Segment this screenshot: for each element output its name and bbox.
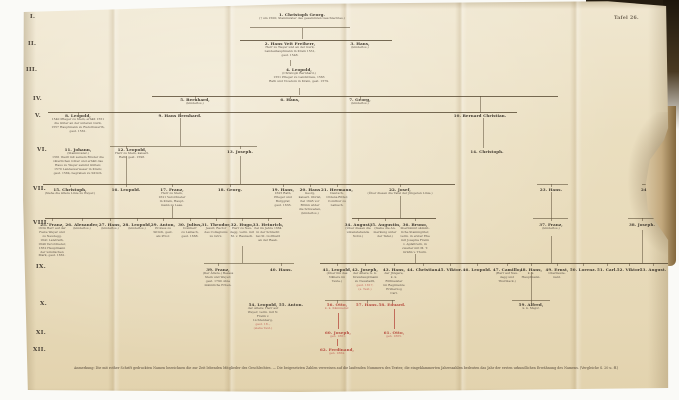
person-name: 22. Josef, bbox=[389, 187, 411, 192]
person-name: 26. Alexander, bbox=[65, 222, 98, 227]
person-name: 27. Hans, bbox=[99, 222, 121, 227]
generation-label: XI. bbox=[36, 330, 46, 336]
generation-label: X. bbox=[40, 301, 47, 307]
connector-line-vertical bbox=[242, 246, 243, 263]
connector-line-vertical bbox=[218, 263, 219, 266]
connector-line-vertical bbox=[338, 313, 339, 329]
person-entry: 10. Bernard Christian. bbox=[443, 113, 517, 118]
person-entry: 55. Anton. bbox=[279, 302, 303, 307]
connector-line-vertical bbox=[531, 272, 532, 300]
person-detail: (kinderlos.) bbox=[336, 102, 384, 106]
person-detail: Texte.) bbox=[325, 280, 349, 284]
person-detail: (s. Text.) bbox=[353, 288, 377, 292]
connector-line-vertical bbox=[337, 263, 338, 266]
person-detail: der Tafel.) bbox=[372, 235, 398, 239]
person-entry: 21. Hermann,Deutsch-Ordens-Ritter,Comthu… bbox=[324, 187, 350, 208]
person-entry: 17. Franz,Herr zu Stein,1621 Verordneter… bbox=[155, 187, 189, 208]
person-name: 37. Franz, bbox=[539, 222, 562, 227]
person-name: 61. Otto, bbox=[384, 330, 405, 335]
person-detail: (kinderlos.) bbox=[340, 46, 380, 50]
connector-line-vertical bbox=[642, 230, 643, 263]
connector-line-vertical bbox=[180, 112, 181, 115]
generation-label: IX. bbox=[36, 264, 46, 270]
person-name: 47. Camillo, bbox=[493, 267, 521, 272]
connector-line-vertical bbox=[415, 254, 416, 263]
connector-line-horizontal bbox=[352, 218, 436, 219]
connector-line-vertical bbox=[240, 156, 241, 184]
person-name: 33. Heinrich, bbox=[253, 222, 284, 227]
connector-line-vertical bbox=[551, 236, 552, 263]
person-detail: Laibach. bbox=[324, 204, 350, 208]
connector-line-vertical bbox=[477, 263, 478, 266]
person-name: 34. August, bbox=[345, 222, 372, 227]
connector-line-vertical bbox=[480, 96, 481, 112]
connector-line-vertical bbox=[392, 300, 393, 303]
connector-line-vertical bbox=[394, 263, 395, 266]
person-name: 45. Viktor. bbox=[438, 267, 462, 272]
person-entry: 40. Hans. bbox=[266, 267, 296, 272]
person-detail: Erzherzog Carl. bbox=[382, 288, 406, 296]
connector-line-vertical bbox=[583, 263, 584, 266]
person-entry: 18. Georg. bbox=[212, 187, 248, 192]
connector-line-vertical bbox=[423, 263, 424, 266]
person-entry: 38. Joseph. bbox=[624, 222, 660, 227]
connector-line-vertical bbox=[283, 184, 284, 187]
person-detail: († um 1500; Stammvater des gesammten Ges… bbox=[252, 17, 352, 21]
person-entry: 25. Franz,1634 Herr auf derFeste Weyer u… bbox=[37, 222, 67, 258]
person-name: 11. Johann, bbox=[65, 147, 92, 152]
connector-line-vertical bbox=[268, 218, 269, 221]
connector-line-vertical bbox=[483, 118, 484, 148]
person-entry: 32. Hugo,Herr zu Neu-degg, verm. mitM. v… bbox=[229, 222, 255, 239]
person-name: 1. Christoph Georg. bbox=[279, 12, 325, 17]
person-name: 55. Anton. bbox=[279, 302, 303, 307]
connector-line-horizontal bbox=[48, 112, 517, 113]
connector-line-vertical bbox=[385, 218, 386, 221]
generation-label: III. bbox=[26, 67, 37, 73]
connector-line-vertical bbox=[126, 146, 127, 149]
connector-line-vertical bbox=[653, 263, 654, 266]
person-entry: 29. Anton,Profess zuSittich, gest.als Pr… bbox=[150, 222, 176, 239]
generation-label: XII. bbox=[33, 347, 46, 353]
person-entry: 53. August. bbox=[641, 267, 665, 272]
person-name: 46. Leopold. bbox=[463, 267, 492, 272]
person-detail: Rath und Vicedom in Krain, gest. 1579. bbox=[258, 80, 340, 84]
person-detail: gest. 1668. bbox=[177, 235, 203, 239]
person-name: 10. Bernard Christian. bbox=[454, 113, 507, 118]
connector-line-vertical bbox=[557, 263, 558, 266]
connector-line-vertical bbox=[70, 184, 71, 187]
person-name: 43. Hans, bbox=[383, 267, 405, 272]
person-name: 50. Lorenz. bbox=[570, 267, 596, 272]
person-name: 13. Joseph. bbox=[227, 149, 253, 154]
person-entry: 61. Otto,geb. 1865. bbox=[380, 330, 408, 339]
person-detail: geb. 1865. bbox=[380, 335, 408, 339]
person-entry: 54. Leopold,der Ältere; Herr aufWeyer; v… bbox=[247, 302, 279, 331]
person-name: 17. Franz, bbox=[160, 187, 183, 192]
person-name: 16. Leopold. bbox=[112, 187, 141, 192]
connector-line-vertical bbox=[310, 184, 311, 187]
connector-line-vertical bbox=[337, 184, 338, 187]
connector-line-vertical bbox=[337, 300, 338, 303]
person-name: 38. Joseph. bbox=[629, 222, 655, 227]
person-name: 12. Leopold, bbox=[118, 147, 147, 152]
connector-line-vertical bbox=[240, 146, 241, 149]
person-entry: 56. Otto,k. k. Kämmerer. bbox=[324, 302, 350, 311]
person-detail: männliche Erben. bbox=[200, 284, 236, 288]
person-name: 21. Hermann, bbox=[321, 187, 353, 192]
tree-layer: I.1. Christoph Georg.(† um 1500; Stammva… bbox=[0, 0, 679, 400]
connector-line-vertical bbox=[137, 218, 138, 221]
generation-label: II. bbox=[28, 41, 36, 47]
connector-line-vertical bbox=[126, 156, 127, 184]
person-entry: 47. Camillo,(Herr auf Neu-degg undThurnl… bbox=[494, 267, 520, 284]
connector-line-vertical bbox=[172, 184, 173, 187]
person-entry: 51. Carl. bbox=[596, 267, 618, 272]
person-entry: 11. Johann,(Stammvater.)1561 theilt mit … bbox=[47, 147, 109, 176]
person-detail: gest. 1584, begraben zu Sittich. bbox=[47, 172, 109, 176]
connector-line-vertical bbox=[82, 218, 83, 221]
person-entry: 46. Leopold. bbox=[465, 267, 489, 272]
connector-line-vertical bbox=[607, 263, 608, 266]
generation-label: I. bbox=[30, 14, 35, 20]
person-name: 29. Anton, bbox=[151, 222, 175, 227]
person-entry: 43. Hans,der Jüngere,k. k. Rittmeisterim… bbox=[382, 267, 406, 296]
person-name: 2. Hans Veit Freiherr, bbox=[265, 41, 315, 46]
person-entry: 12. Leopold,Herr zu Stein, kaiserl.Rath;… bbox=[109, 147, 155, 160]
person-name: 18. Georg. bbox=[218, 187, 242, 192]
person-entry: 60. Joseph,geb. 1861. bbox=[324, 330, 352, 339]
person-entry: 3. Hans,(kinderlos.) bbox=[340, 41, 380, 50]
connector-line-vertical bbox=[172, 206, 173, 218]
connector-line-vertical bbox=[394, 309, 395, 329]
connector-line-vertical bbox=[290, 96, 291, 99]
connector-line-vertical bbox=[126, 184, 127, 187]
person-detail: nant. bbox=[545, 276, 569, 280]
person-entry: 50. Lorenz. bbox=[571, 267, 595, 272]
person-detail: gest. 1633. bbox=[270, 204, 296, 208]
person-name: 19. Hans, bbox=[272, 187, 294, 192]
person-entry: 8. Leopold,1540 Pfleger zu Stein, erhält… bbox=[45, 113, 111, 134]
generation-label: VI. bbox=[37, 147, 47, 153]
person-name: 4. Leopold, bbox=[286, 67, 312, 72]
person-entry: 22. Josef,(Über diesen die Tafel der jün… bbox=[364, 187, 436, 196]
connector-line-horizontal bbox=[320, 263, 510, 264]
person-entry: 37. Franz,(kinderlos.) bbox=[533, 222, 569, 231]
person-entry: 19. Hans,1625 Rath,Pfleger undBurggraf,g… bbox=[270, 187, 296, 208]
connector-line-vertical bbox=[415, 218, 416, 221]
generation-label: V. bbox=[35, 113, 41, 119]
person-detail: (kinderlos.) bbox=[97, 227, 123, 231]
person-detail: (kinderlos.) bbox=[297, 212, 323, 216]
person-name: 53. August. bbox=[640, 267, 667, 272]
connector-line-vertical bbox=[400, 184, 401, 187]
person-name: 41. Leopold, bbox=[323, 267, 352, 272]
person-detail: M. v. Raunach. bbox=[229, 235, 255, 239]
person-name: 35. Augustin, bbox=[369, 222, 400, 227]
person-entry: 39. Franz,(Der Ältere.) BesassStein und … bbox=[200, 267, 236, 288]
person-detail: Mark, gest. 1661. bbox=[37, 254, 67, 258]
person-detail: (siehe Text.) bbox=[247, 327, 279, 331]
connector-line-vertical bbox=[281, 263, 282, 266]
person-entry: 31. Theodor,Jesuit; Rectordes Collegiums… bbox=[203, 222, 229, 239]
person-detail: geb. 1884. bbox=[320, 352, 354, 356]
person-entry: 36. Bruno,übernimmt sämmt-liche Stammgüt… bbox=[399, 222, 431, 254]
person-name: 51. Carl. bbox=[597, 267, 617, 272]
connector-line-vertical bbox=[78, 112, 79, 115]
connector-line-vertical bbox=[216, 218, 217, 221]
connector-line-horizontal bbox=[325, 300, 395, 301]
person-detail: gest. 1561. bbox=[45, 130, 111, 134]
person-entry: 34. August,(Über diesen dieuntenstehende… bbox=[345, 222, 371, 239]
connector-line-vertical bbox=[52, 218, 53, 221]
person-entry: 1. Christoph Georg.(† um 1500; Stammvate… bbox=[252, 12, 352, 21]
person-entry: 28. Leopold,(kinderlos.) bbox=[124, 222, 150, 231]
person-name: 40. Hans. bbox=[270, 267, 292, 272]
connector-line-vertical bbox=[195, 96, 196, 99]
connector-line-vertical bbox=[551, 184, 552, 187]
person-entry: 15. Christoph,(Siehe die ältere Linie zu… bbox=[26, 187, 114, 196]
person-entry: 26. Alexander,(kinderlos.) bbox=[69, 222, 95, 231]
person-detail: (kinderlos.) bbox=[533, 227, 569, 231]
person-entry: 13. Joseph. bbox=[218, 149, 262, 154]
connector-line-horizontal bbox=[240, 40, 392, 41]
connector-line-horizontal bbox=[537, 184, 568, 185]
person-entry: 33. Heinrich,fiel im Jahre 1664in der Sc… bbox=[254, 222, 282, 243]
connector-line-vertical bbox=[337, 339, 338, 346]
connector-line-vertical bbox=[110, 218, 111, 221]
person-name: 49. Ernst, bbox=[546, 267, 569, 272]
person-detail: Notiz.) bbox=[345, 235, 371, 239]
connector-line-vertical bbox=[551, 192, 552, 218]
person-name: 20. Hans bbox=[300, 187, 321, 192]
person-entry: 42. Joseph,der Ältere; k. k.Kreishauptma… bbox=[353, 267, 377, 292]
person-entry: 20. HansGeorg,kaiserl. Obrist,fiel 1645 … bbox=[297, 187, 323, 216]
person-entry: 2. Hans Veit Freiherr,Herr zu Weyer und … bbox=[251, 41, 329, 58]
connector-line-vertical bbox=[642, 218, 643, 221]
connector-line-vertical bbox=[531, 300, 532, 303]
person-name: 30. Julius, bbox=[178, 222, 202, 227]
person-entry: 30. Julius,Domherrzu Laibach,gest. 1668. bbox=[177, 222, 203, 239]
person-entry: 35. Augustin,(Siehe die An-merkung unter… bbox=[372, 222, 398, 239]
person-name: 31. Theodor, bbox=[201, 222, 230, 227]
person-name: 39. Franz, bbox=[206, 267, 229, 272]
connector-line-vertical bbox=[190, 218, 191, 221]
connector-line-horizontal bbox=[250, 27, 350, 28]
person-detail: als Prior. bbox=[150, 235, 176, 239]
connector-line-horizontal bbox=[152, 96, 558, 97]
connector-line-vertical bbox=[450, 263, 451, 266]
person-detail: k. k. Major. bbox=[516, 307, 546, 311]
person-detail: (kinderlos.) bbox=[167, 102, 223, 106]
person-detail: gest. 1548. bbox=[251, 54, 329, 58]
connector-line-horizontal bbox=[110, 146, 257, 147]
person-name: 15. Christoph, bbox=[53, 187, 86, 192]
person-name: 36. Bruno, bbox=[403, 222, 428, 227]
connector-line-vertical bbox=[365, 263, 366, 266]
person-name: 62. Ferdinand, bbox=[320, 347, 354, 352]
generation-label: IV. bbox=[33, 96, 42, 102]
connector-line-vertical bbox=[367, 300, 368, 303]
person-entry: 27. Hans,(kinderlos.) bbox=[97, 222, 123, 231]
person-name: 25. Franz, bbox=[40, 222, 63, 227]
person-entry: 44. Christian. bbox=[411, 267, 435, 272]
person-detail: Thurnlack.) bbox=[494, 280, 520, 284]
person-entry: 62. Ferdinand,geb. 1884. bbox=[320, 347, 354, 356]
connector-line-vertical bbox=[299, 88, 300, 95]
connector-line-vertical bbox=[290, 60, 291, 66]
chart-paper: Tafel 26. I.1. Christoph Georg.(† um 150… bbox=[0, 0, 679, 400]
person-name: 44. Christian. bbox=[407, 267, 439, 272]
person-detail: (Siehe die ältere Linie zu Weyer.) bbox=[26, 192, 114, 196]
person-entry: 16. Leopold. bbox=[108, 187, 144, 192]
person-name: 60. Joseph, bbox=[325, 330, 351, 335]
connector-line-vertical bbox=[163, 218, 164, 221]
connector-line-vertical bbox=[358, 218, 359, 221]
connector-line-vertical bbox=[507, 263, 508, 266]
person-entry: 45. Viktor. bbox=[438, 267, 462, 272]
connector-line-vertical bbox=[302, 28, 303, 39]
person-name: 42. Joseph, bbox=[352, 267, 378, 272]
connector-line-vertical bbox=[180, 118, 181, 146]
person-detail: (kinderlos.) bbox=[69, 227, 95, 231]
connector-line-vertical bbox=[531, 263, 532, 266]
person-name: 54. Leopold, bbox=[249, 302, 278, 307]
connector-line-vertical bbox=[629, 263, 630, 266]
connector-line-horizontal bbox=[43, 184, 455, 185]
person-detail: (kinderlos.) bbox=[124, 227, 150, 231]
person-entry: 49. Ernst,Oberlieute-nant. bbox=[545, 267, 569, 280]
person-detail: Rath; gest. 1598. bbox=[109, 156, 155, 160]
connector-line-vertical bbox=[230, 184, 231, 187]
person-detail: geb. 1861. bbox=[324, 335, 352, 339]
person-name: 52. Viktor. bbox=[617, 267, 641, 272]
person-entry: 4. Leopold,(Christoph Bernhard.)1551 Pfl… bbox=[258, 67, 340, 84]
connector-line-vertical bbox=[551, 218, 552, 221]
scanned-page: Tafel 26. I.1. Christoph Georg.(† um 150… bbox=[0, 0, 679, 400]
connector-line-horizontal bbox=[508, 263, 668, 264]
person-entry: 59. Alfred,k. k. Major. bbox=[516, 302, 546, 311]
person-entry: 41. Leopold,(Über ihn dasNähere imTexte.… bbox=[325, 267, 349, 284]
person-detail: zu Görz. bbox=[203, 235, 229, 239]
connector-line-vertical bbox=[242, 218, 243, 221]
person-name: 14. Christoph. bbox=[470, 149, 503, 154]
person-name: 32. Hugo, bbox=[231, 222, 254, 227]
person-detail: an der Raab. bbox=[254, 239, 282, 243]
person-entry: 52. Viktor. bbox=[617, 267, 641, 272]
person-name: 3. Hans, bbox=[350, 41, 369, 46]
person-name: 28. Leopold, bbox=[123, 222, 152, 227]
person-entry: 14. Christoph. bbox=[463, 149, 511, 154]
connector-line-vertical bbox=[400, 196, 401, 218]
footnote-caption: Anmerkung: Die mit rother Schrift gedruc… bbox=[74, 366, 646, 370]
connector-line-vertical bbox=[360, 96, 361, 99]
person-detail: k. k. Kämmerer. bbox=[324, 307, 350, 311]
